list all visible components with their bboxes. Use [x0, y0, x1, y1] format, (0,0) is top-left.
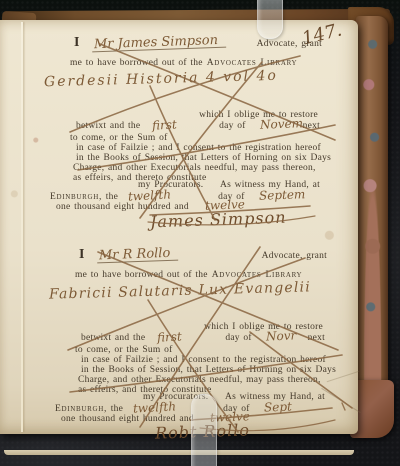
register-page: 147. I Mr James Simpson Advocate, grant … [0, 20, 358, 434]
signed-month-handwritten: Septem [258, 189, 305, 202]
signed-month-handwritten: Sept [263, 402, 291, 414]
printed-text: Advocate, grant [262, 251, 327, 262]
printed-text: next [308, 333, 325, 344]
library-name: Advocates Library [207, 58, 298, 68]
page-holder-strip-top [257, 0, 283, 39]
return-month-handwritten: Novr [266, 330, 297, 342]
page-holder-strip-bottom [191, 394, 217, 466]
form-pronoun: I [74, 37, 80, 48]
photograph-scene: 147. I Mr James Simpson Advocate, grant … [0, 0, 400, 466]
borrower-name-handwritten: Mr R Rollo [97, 248, 179, 264]
printed-text: me to have borrowed out of the [75, 270, 208, 280]
book-marbled-fore-edge [356, 16, 388, 420]
book-title-handwritten: Fabricii Salutaris Lux Evangelii [49, 279, 311, 302]
printed-text: day of [225, 333, 252, 344]
printed-text: next [303, 121, 320, 132]
borrower-name-handwritten: Mr James Simpson [92, 35, 226, 53]
printed-text: Advocate, grant [257, 39, 322, 50]
signature-handwritten: James Simpson [150, 208, 287, 232]
return-month-handwritten: Novem [259, 118, 302, 130]
library-name: Advocates Library [212, 270, 303, 280]
page-crease [321, 388, 361, 413]
book-title-handwritten: Gerdesii Historia 4 vol 4o [44, 68, 278, 91]
printed-text: me to have borrowed out of the [70, 58, 203, 68]
borrow-form-1: I Mr James Simpson Advocate, grant me to… [50, 35, 322, 241]
page-gutter-crease [21, 22, 23, 432]
page-stack-edge [4, 450, 354, 455]
printed-text: day of [219, 121, 246, 132]
form-pronoun: I [79, 249, 85, 260]
